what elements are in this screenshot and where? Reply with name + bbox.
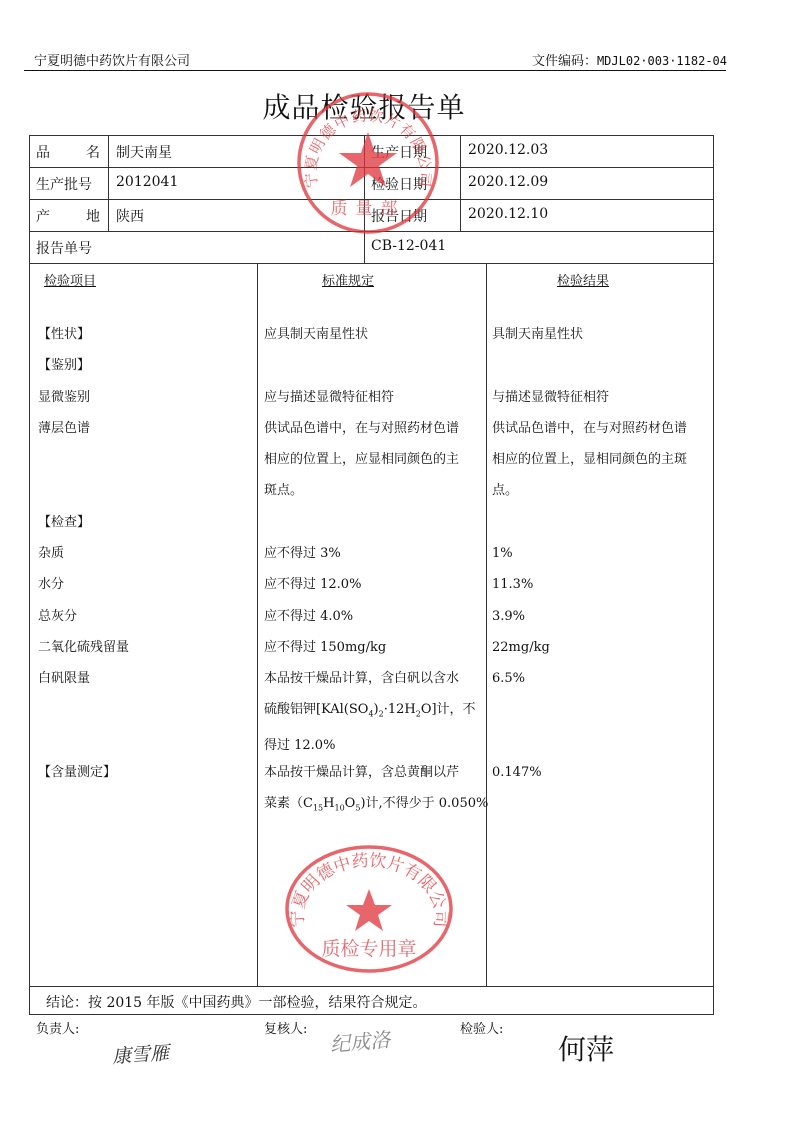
row-standard: 应不得过 150mg/kg [264,632,386,663]
table-border [29,1014,714,1015]
table-border [29,263,714,264]
table-border [29,135,714,136]
report-date-label: 报告日期 [371,206,427,226]
label-char: 地 [86,206,100,226]
test-date-label: 检验日期 [371,174,427,194]
doc-code-label: 文件编码： [532,54,597,69]
inspector-label: 检验人: [460,1018,503,1037]
origin-value: 陕西 [116,206,144,226]
row-result: 11.3% [492,569,533,600]
responsible-signature: 康雪雁 [111,1038,170,1069]
row-result: 供试品色谱中，在与对照药材色谱相应的位置上，显相同颜色的主斑点。 [492,413,687,506]
row-standard: 供试品色谱中，在与对照药材色谱相应的位置上，应显相同颜色的主斑点。 [264,413,459,506]
row-result: 22mg/kg [492,632,550,663]
star-icon [346,889,392,931]
row-result: 6.5% [492,663,525,694]
label-char: 名 [86,142,100,162]
table-border [29,986,714,987]
row-item: 【检查】 [38,507,90,538]
table-border [29,135,30,1014]
document-code: 文件编码：MDJL02·003·1182-04 [532,50,727,69]
company-name: 宁夏明德中药饮片有限公司 [34,50,190,69]
report-no-label: 报告单号 [36,238,92,258]
table-border [364,135,365,263]
row-item: 白矾限量 [38,663,90,694]
table-border [29,199,714,200]
prod-date-label: 生产日期 [371,142,427,162]
row-item: 薄层色谱 [38,413,90,444]
header-rule [24,70,726,71]
table-border [29,231,714,232]
row-item: 【含量测定】 [38,757,116,788]
reviewer-signature: 纪成洛 [329,1023,391,1057]
product-name-value: 制天南星 [116,142,172,162]
conclusion: 结论：按 2015 年版《中国药典》一部检验，结果符合规定。 [46,992,427,1012]
table-border [108,135,109,231]
table-border [486,263,487,986]
table-border [257,263,258,986]
page-title: 成品检验报告单 [0,86,728,126]
row-item: 二氧化硫残留量 [38,632,129,663]
col-header-standard: 标准规定 [322,270,374,289]
row-result: 具制天南星性状 [492,319,583,350]
row-standard: 应具制天南星性状 [264,319,368,350]
row-result: 0.147% [492,757,542,788]
row-standard: 本品按干燥品计算，含总黄酮以芹菜素（C15H10O5)计,不得少于 0.050% [264,757,488,824]
row-item: 杂质 [38,538,64,569]
origin-label: 产地 [36,206,100,226]
label-char: 产 [36,206,50,226]
col-header-item: 检验项目 [44,270,96,289]
row-item: 总灰分 [38,601,77,632]
table-border [460,135,461,231]
row-item: 显微鉴别 [38,382,90,413]
table-border [29,167,714,168]
responsible-label: 负责人: [36,1018,79,1037]
table-border [713,135,714,1014]
product-name-label: 品名 [36,142,100,162]
reviewer-label: 复核人: [264,1018,307,1037]
row-item: 【鉴别】 [38,350,90,381]
row-item: 【性状】 [38,319,90,350]
test-date-value: 2020.12.09 [468,174,548,190]
report-no-value: CB-12-041 [371,238,446,254]
col-header-result: 检验结果 [557,270,609,289]
row-standard: 应与描述显微特征相符 [264,382,394,413]
row-item: 水分 [38,569,64,600]
doc-code-value: MDJL02·003·1182-04 [597,54,727,68]
row-standard: 应不得过 4.0% [264,601,353,632]
report-date-value: 2020.12.10 [468,206,548,222]
stamp-ring [287,847,451,971]
batch-value: 2012041 [116,174,178,190]
row-result: 与描述显微特征相符 [492,382,609,413]
label-char: 品 [36,142,50,162]
row-result: 3.9% [492,601,525,632]
row-standard: 应不得过 12.0% [264,569,361,600]
row-standard: 本品按干燥品计算，含白矾以含水硫酸铝钾[KAl(SO4)2·12H2O]计，不得… [264,663,476,761]
row-result: 1% [492,538,513,569]
qc-seal-stamp: 宁夏明德中药饮片有限公司 质检专用章 [284,843,454,975]
stamp-center-text: 质检专用章 [321,938,416,960]
row-standard: 应不得过 3% [264,538,341,569]
inspector-signature: 何萍 [558,1028,614,1068]
batch-label: 生产批号 [36,174,92,194]
prod-date-value: 2020.12.03 [468,142,548,158]
stamp-ring-text: 宁夏明德中药饮片有限公司 [288,851,451,928]
